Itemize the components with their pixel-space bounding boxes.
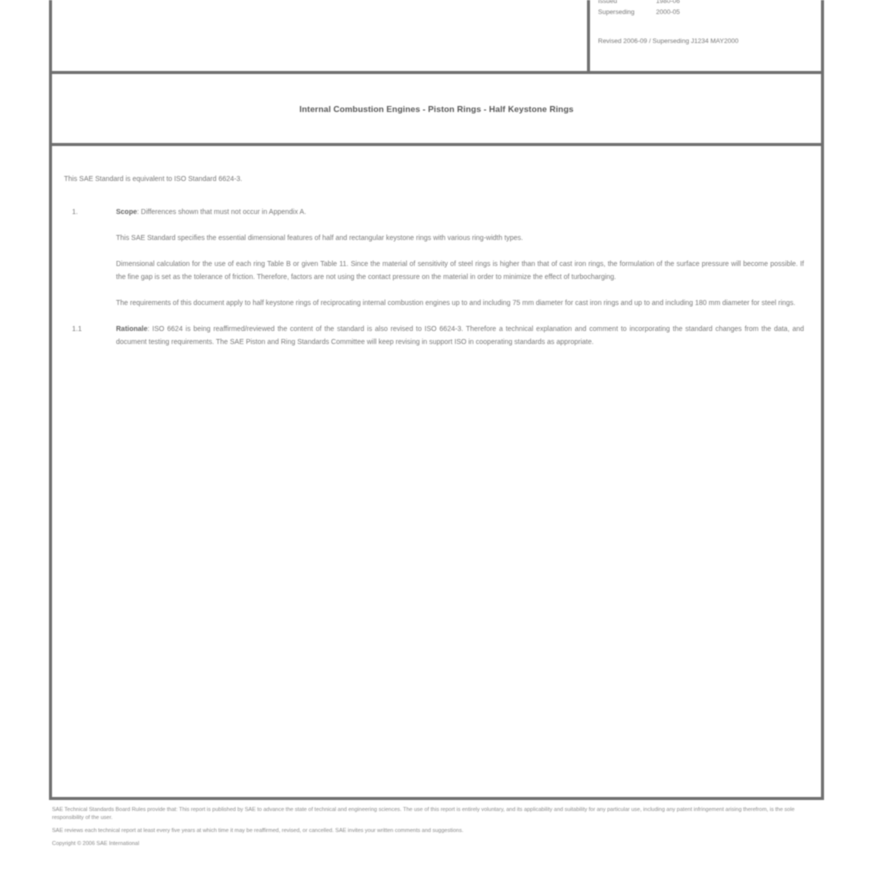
header-vertical-divider [587, 0, 590, 74]
footer-review: SAE reviews each technical report at lea… [52, 827, 822, 835]
section-number: 1.1 [72, 323, 82, 336]
meta-row-superseding: Superseding 2000-05 [598, 7, 818, 18]
revision-note: Revised 2006-09 / Superseding J1234 MAY2… [598, 36, 818, 47]
section-paragraph: The requirements of this document apply … [116, 297, 804, 310]
section-heading: Rationale [116, 326, 148, 333]
section-paragraph: Dimensional calculation for the use of e… [116, 258, 804, 284]
footer-copyright: Copyright © 2006 SAE International [52, 840, 822, 848]
section-paragraph: This SAE Standard specifies the essentia… [116, 232, 804, 245]
section-heading: Scope [116, 209, 137, 216]
header-divider [52, 71, 821, 74]
document-footer: SAE Technical Standards Board Rules prov… [52, 806, 822, 853]
document-frame: J 1234 SEP 2006 Issued 1980-06 Supersedi… [49, 0, 824, 800]
meta-value: 2000-05 [656, 9, 680, 16]
meta-label: Issued [598, 0, 656, 5]
document-body: This SAE Standard is equivalent to ISO S… [64, 173, 804, 362]
document-title: Internal Combustion Engines - Piston Rin… [52, 104, 821, 114]
document-meta: Issued 1980-06 Superseding 2000-05 Revis… [598, 0, 818, 47]
title-divider [52, 143, 821, 146]
section-number: 1. [72, 206, 78, 219]
section-rationale: 1.1 Rationale: ISO 6624 is being reaffir… [64, 323, 804, 349]
meta-value: 1980-06 [656, 0, 680, 5]
intro-text: This SAE Standard is equivalent to ISO S… [64, 173, 804, 186]
document-number: J 1234 SEP 2006 [376, 0, 576, 2]
section-paragraph: Scope: Differences shown that must not o… [116, 206, 804, 219]
meta-row-issued: Issued 1980-06 [598, 0, 818, 7]
section-paragraph: Rationale: ISO 6624 is being reaffirmed/… [116, 323, 804, 349]
meta-label: Superseding [598, 9, 656, 16]
footer-notice: SAE Technical Standards Board Rules prov… [52, 806, 822, 822]
section-scope: 1. Scope: Differences shown that must no… [64, 206, 804, 310]
